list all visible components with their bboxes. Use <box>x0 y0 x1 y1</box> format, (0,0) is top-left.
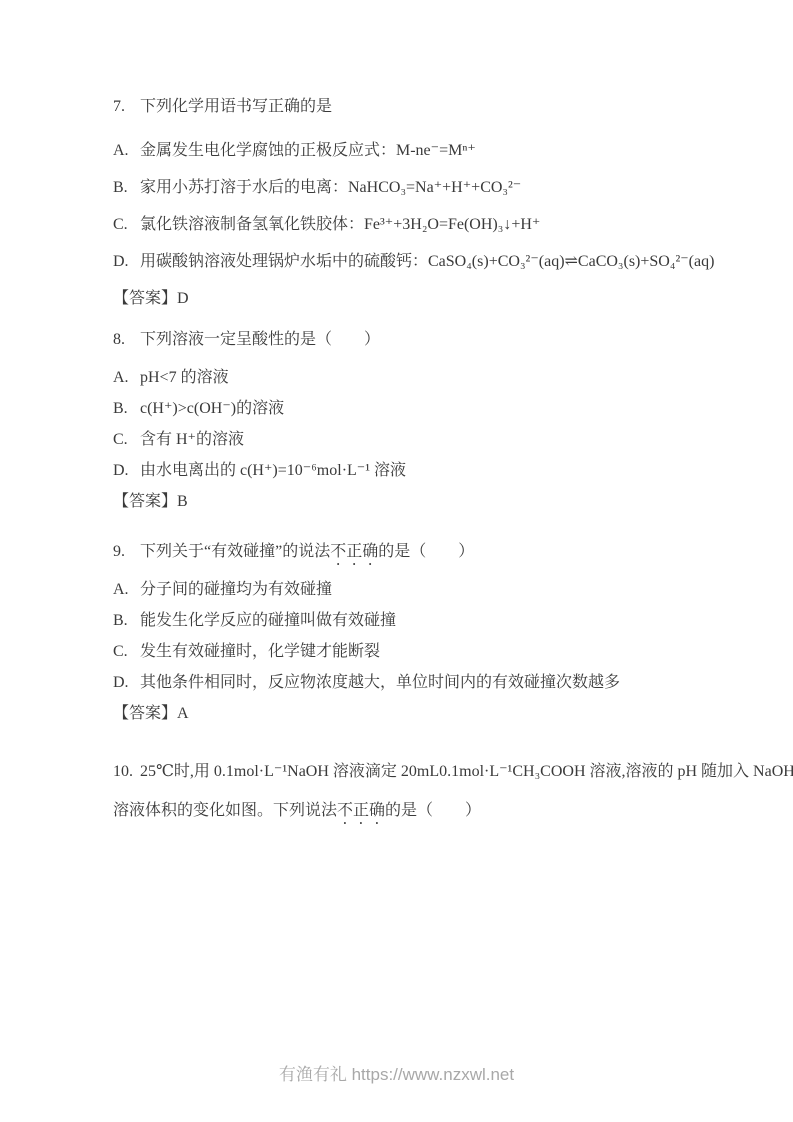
question-number: 10. <box>113 762 140 782</box>
answer-line: 【答案】A <box>113 704 713 724</box>
option-text: 由水电离出的 c(H⁺)=10⁻⁶mol·L⁻¹ 溶液 <box>140 462 406 479</box>
answer-label: 【答案】 <box>113 705 177 722</box>
option-line-a: A.金属发生电化学腐蚀的正极反应式：M-ne⁻=Mⁿ⁺ <box>113 141 713 161</box>
option-line-c: C.发生有效碰撞时，化学键才能断裂 <box>113 642 713 662</box>
question-title-continued: 溶液体积的变化如图。下列说法不正确的是（ ） <box>113 801 713 828</box>
option-line-b: B.能发生化学反应的碰撞叫做有效碰撞 <box>113 611 713 631</box>
question-block-9: 9.下列关于“有效碰撞”的说法不正确的是（ ） A.分子间的碰撞均为有效碰撞 B… <box>113 542 713 724</box>
option-text: 金属发生电化学腐蚀的正极反应式：M-ne⁻=Mⁿ⁺ <box>140 142 476 159</box>
question-title: 10.25℃时,用 0.1mol·L⁻¹NaOH 溶液滴定 20mL0.1mol… <box>113 762 713 789</box>
question-number: 7. <box>113 97 140 117</box>
option-text: 用碳酸钠溶液处理锅炉水垢中的硫酸钙：CaSO₄(s)+CO₃²⁻(aq)⇌CaC… <box>140 253 714 270</box>
page-footer: 有渔有礼 https://www.nzxwl.net <box>0 1064 793 1086</box>
question-block-10: 10.25℃时,用 0.1mol·L⁻¹NaOH 溶液滴定 20mL0.1mol… <box>113 762 713 828</box>
option-label: A. <box>113 141 140 161</box>
option-line-a: A.pH<7 的溶液 <box>113 368 713 388</box>
question-text: 下列关于“有效碰撞”的说法 <box>140 543 330 560</box>
question-block-8: 8.下列溶液一定呈酸性的是（ ） A.pH<7 的溶液 B.c(H⁺)>c(OH… <box>113 330 713 512</box>
option-label: D. <box>113 673 140 693</box>
option-text: 含有 H⁺的溶液 <box>140 431 244 448</box>
question-title: 7.下列化学用语书写正确的是 <box>113 97 713 124</box>
option-line-d: D.用碳酸钠溶液处理锅炉水垢中的硫酸钙：CaSO₄(s)+CO₃²⁻(aq)⇌C… <box>113 252 713 272</box>
option-line-b: B.c(H⁺)>c(OH⁻)的溶液 <box>113 399 713 419</box>
option-text: 分子间的碰撞均为有效碰撞 <box>140 581 332 598</box>
option-line-c: C.含有 H⁺的溶液 <box>113 430 713 450</box>
answer-line: 【答案】D <box>113 289 713 309</box>
option-text: 发生有效碰撞时，化学键才能断裂 <box>140 643 380 660</box>
question-text: 下列溶液一定呈酸性的是（ ） <box>140 331 380 348</box>
question-number: 8. <box>113 330 140 350</box>
option-label: C. <box>113 215 140 235</box>
question-text: 溶液体积的变化如图。下列说法 <box>113 802 337 819</box>
option-line-b: B.家用小苏打溶于水后的电离：NaHCO₃=Na⁺+H⁺+CO₃²⁻ <box>113 178 713 198</box>
question-text-tail: 的是（ ） <box>378 543 474 560</box>
option-text: 能发生化学反应的碰撞叫做有效碰撞 <box>140 612 396 629</box>
option-label: B. <box>113 178 140 198</box>
watermark-text: 有渔有礼 https://www.nzxwl.net <box>279 1065 514 1084</box>
option-text: pH<7 的溶液 <box>140 369 229 386</box>
option-label: D. <box>113 461 140 481</box>
option-label: C. <box>113 642 140 662</box>
option-label: B. <box>113 399 140 419</box>
emphasized-text: 不正确 <box>330 543 378 560</box>
option-label: D. <box>113 252 140 272</box>
question-text-tail: 的是（ ） <box>385 802 481 819</box>
option-line-a: A.分子间的碰撞均为有效碰撞 <box>113 580 713 600</box>
exam-content: 7.下列化学用语书写正确的是 A.金属发生电化学腐蚀的正极反应式：M-ne⁻=M… <box>113 97 713 840</box>
question-text: 下列化学用语书写正确的是 <box>140 98 332 115</box>
answer-line: 【答案】B <box>113 492 713 512</box>
question-block-7: 7.下列化学用语书写正确的是 A.金属发生电化学腐蚀的正极反应式：M-ne⁻=M… <box>113 97 713 309</box>
option-text: c(H⁺)>c(OH⁻)的溶液 <box>140 400 284 417</box>
option-text: 家用小苏打溶于水后的电离：NaHCO₃=Na⁺+H⁺+CO₃²⁻ <box>140 179 521 196</box>
answer-label: 【答案】 <box>113 493 177 510</box>
option-line-c: C.氯化铁溶液制备氢氧化铁胶体：Fe³⁺+3H₂O=Fe(OH)₃↓+H⁺ <box>113 215 713 235</box>
option-label: B. <box>113 611 140 631</box>
answer-value: D <box>177 290 189 307</box>
option-text: 氯化铁溶液制备氢氧化铁胶体：Fe³⁺+3H₂O=Fe(OH)₃↓+H⁺ <box>140 216 540 233</box>
question-text: 25℃时,用 0.1mol·L⁻¹NaOH 溶液滴定 20mL0.1mol·L⁻… <box>140 763 793 780</box>
option-label: A. <box>113 580 140 600</box>
question-title: 9.下列关于“有效碰撞”的说法不正确的是（ ） <box>113 542 713 569</box>
option-line-d: D.由水电离出的 c(H⁺)=10⁻⁶mol·L⁻¹ 溶液 <box>113 461 713 481</box>
emphasized-text: 不正确 <box>337 802 385 819</box>
answer-value: A <box>177 705 189 722</box>
question-title: 8.下列溶液一定呈酸性的是（ ） <box>113 330 713 357</box>
option-label: A. <box>113 368 140 388</box>
document-page: 7.下列化学用语书写正确的是 A.金属发生电化学腐蚀的正极反应式：M-ne⁻=M… <box>0 0 793 1122</box>
option-text: 其他条件相同时，反应物浓度越大，单位时间内的有效碰撞次数越多 <box>140 674 620 691</box>
answer-label: 【答案】 <box>113 290 177 307</box>
option-line-d: D.其他条件相同时，反应物浓度越大，单位时间内的有效碰撞次数越多 <box>113 673 713 693</box>
answer-value: B <box>177 493 188 510</box>
option-label: C. <box>113 430 140 450</box>
question-number: 9. <box>113 542 140 562</box>
